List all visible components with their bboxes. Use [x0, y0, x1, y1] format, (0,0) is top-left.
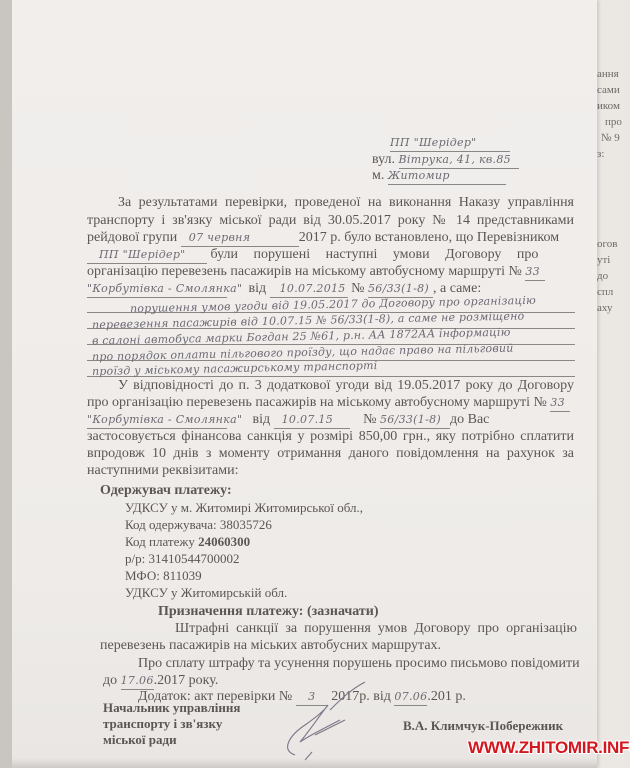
fragment: иком [597, 100, 620, 112]
p1-line1: За результатами перевірки, проведеної на… [118, 195, 574, 211]
p2-line6: наступними реквізитами: [87, 463, 238, 479]
signatory-name: В.А. Климчук-Побережник [403, 718, 563, 734]
p2-line4: застосовується фінансова санкція у розмі… [87, 429, 574, 445]
fragment: сами [597, 84, 620, 96]
addressee-city: м. Житомир [372, 168, 506, 185]
p2-line5: впродовж 10 днів з моменту отримання дан… [87, 446, 574, 462]
deadline-line: до 17.06.2017 року. [103, 673, 218, 690]
purpose-line1: Штрафні санкції за порушення умов Догово… [175, 621, 577, 637]
payment-code: Код платежу 24060300 [125, 534, 250, 550]
mfo-code: МФО: 811039 [125, 568, 202, 584]
addressee-company: ПП "Шерідер" [390, 135, 510, 152]
fragment: до [597, 270, 608, 282]
addressee-street: вул. Вітрука, 41, кв.85 [372, 152, 519, 169]
fragment: про [605, 116, 622, 128]
recipient-name: УДКСУ у м. Житомирі Житомирської обл., [125, 500, 363, 516]
fragment: з: [597, 148, 604, 160]
account-number: р/р: 31410544700002 [125, 551, 239, 567]
notify-line: Про сплату штрафу та усунення порушень п… [138, 656, 578, 672]
p1-line4: ПП "Шерідер" були порушені наступні умов… [87, 247, 574, 264]
fragment: спл [597, 286, 613, 298]
p1-line3: рейдової групи 07 червня2017 р. було вст… [87, 230, 574, 247]
fragment: ання [597, 68, 619, 80]
fragment: № 9 [601, 132, 620, 144]
p2-line3: "Корбутівка - Смолянка" від 10.07.15 № 5… [87, 412, 574, 429]
purpose-heading: Призначення платежу: (зазначати) [158, 604, 379, 620]
fragment: огов [597, 238, 617, 250]
recipient-code: Код одержувача: 38035726 [125, 517, 272, 533]
bank-name: УДКСУ у Житомирській обл. [125, 585, 287, 601]
position-line2: транспорту і зв'язку [103, 716, 222, 732]
fragment: уті [597, 254, 610, 266]
p1-line5: організацію перевезень пасажирів на місь… [87, 264, 574, 281]
handwritten-signature [270, 680, 370, 765]
watermark: WWW.ZHITOMIR.INFO [468, 738, 630, 758]
p1-line2: транспорту і зв'язку міської ради від 30… [87, 213, 574, 229]
fragment: аху [597, 302, 612, 314]
purpose-line2: перевезень пасажирів на міських автобусн… [100, 638, 441, 654]
recipient-heading: Одержувач платежу: [100, 483, 232, 499]
position-line1: Начальник управління [103, 700, 240, 716]
p2-line1: У відповідності до п. 3 додаткової угоди… [118, 378, 574, 394]
p2-line2: про організацію перевезень пасажирів на … [87, 395, 574, 412]
position-line3: міської ради [103, 732, 177, 748]
